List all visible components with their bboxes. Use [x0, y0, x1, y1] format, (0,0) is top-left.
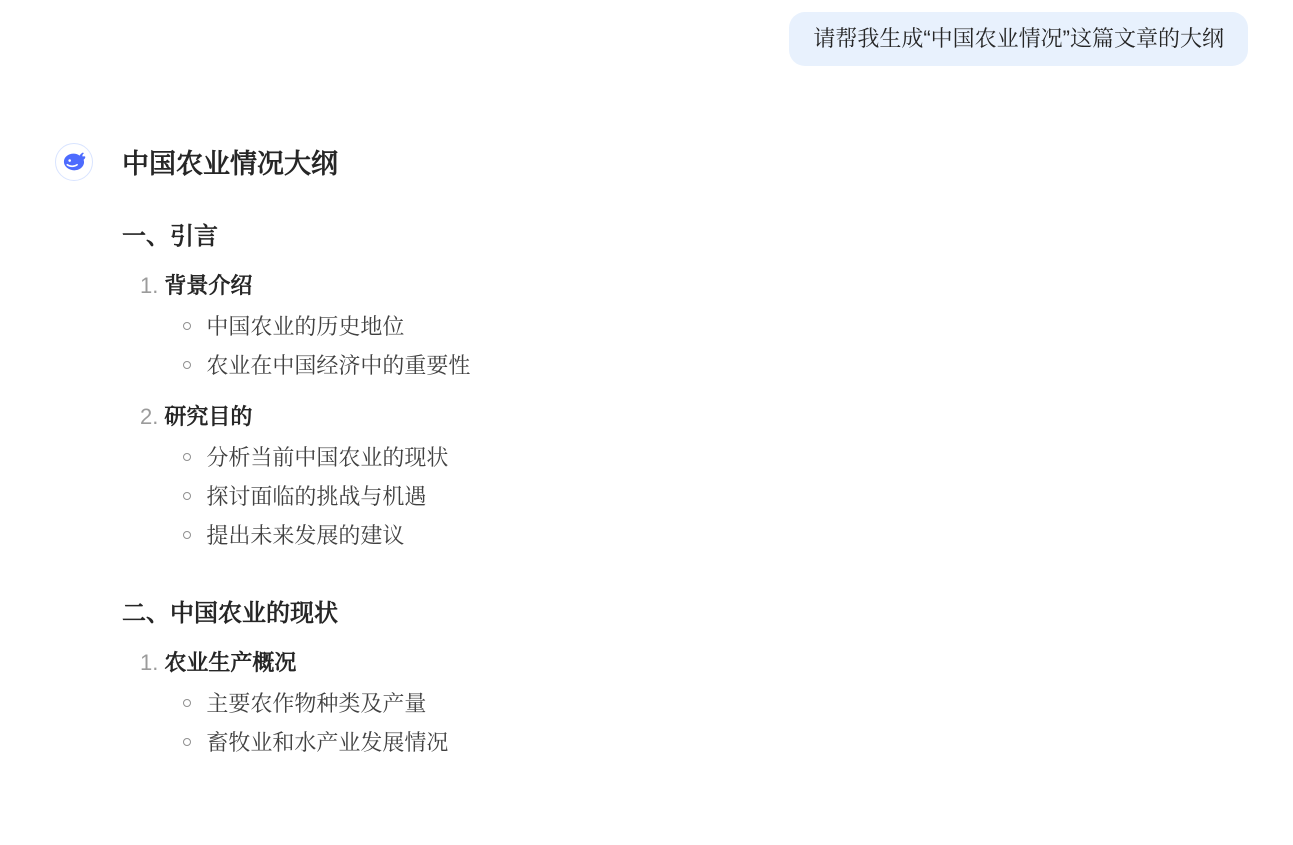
bullet-item: 分析当前中国农业的现状	[164, 442, 1248, 473]
list-item-label: 背景介绍	[164, 270, 1248, 301]
bullet-item: 畜牧业和水产业发展情况	[164, 727, 1248, 758]
circle-bullet-icon	[183, 699, 191, 707]
list-item-label: 农业生产概况	[164, 647, 1248, 678]
list-item: 1. 农业生产概况 主要农作物种类及产量 畜牧业和水产业发展情况	[122, 647, 1248, 766]
assistant-message: 中国农业情况大纲 一、引言 1. 背景介绍 中国农业的历史地位	[55, 143, 1248, 778]
circle-bullet-icon	[183, 453, 191, 461]
bullet-text: 提出未来发展的建议	[206, 523, 404, 548]
user-message-row: 请帮我生成“中国农业情况”这篇文章的大纲	[0, 12, 1293, 66]
deepseek-whale-icon	[62, 150, 86, 174]
bullet-text: 探讨面临的挑战与机遇	[206, 484, 426, 509]
sub-bullet-list: 中国农业的历史地位 农业在中国经济中的重要性	[164, 311, 1248, 381]
section-heading-2: 二、中国农业的现状	[122, 597, 1248, 631]
sub-bullet-list: 分析当前中国农业的现状 探讨面临的挑战与机遇 提出未来发展的建议	[164, 442, 1248, 551]
list-item-number: 1.	[122, 270, 158, 389]
bullet-text: 分析当前中国农业的现状	[206, 445, 448, 470]
list-item: 1. 背景介绍 中国农业的历史地位 农业在中国经济中的重要性	[122, 270, 1248, 389]
bullet-item: 提出未来发展的建议	[164, 520, 1248, 551]
list-item: 2. 研究目的 分析当前中国农业的现状 探讨面临的挑战与机遇	[122, 401, 1248, 559]
bullet-text: 中国农业的历史地位	[206, 314, 404, 339]
assistant-content: 中国农业情况大纲 一、引言 1. 背景介绍 中国农业的历史地位	[122, 143, 1248, 778]
circle-bullet-icon	[183, 531, 191, 539]
user-message-bubble: 请帮我生成“中国农业情况”这篇文章的大纲	[789, 12, 1248, 66]
response-title: 中国农业情况大纲	[122, 146, 1248, 182]
list-item-number: 2.	[122, 401, 158, 559]
outline-markdown: 一、引言 1. 背景介绍 中国农业的历史地位	[122, 220, 1248, 766]
user-message-text: 请帮我生成“中国农业情况”这篇文章的大纲	[813, 26, 1224, 51]
list-item-label: 研究目的	[164, 401, 1248, 432]
section-1-list: 1. 背景介绍 中国农业的历史地位 农业在中国经济中的重要性	[122, 270, 1248, 559]
list-item-number: 1.	[122, 647, 158, 766]
chat-page: 请帮我生成“中国农业情况”这篇文章的大纲 中国农业情况大纲 一、引言 1.	[0, 0, 1293, 845]
circle-bullet-icon	[183, 492, 191, 500]
bullet-text: 农业在中国经济中的重要性	[206, 353, 470, 378]
circle-bullet-icon	[183, 361, 191, 369]
circle-bullet-icon	[183, 738, 191, 746]
section-2-list: 1. 农业生产概况 主要农作物种类及产量 畜牧业和水产业发展情况	[122, 647, 1248, 766]
bullet-item: 农业在中国经济中的重要性	[164, 350, 1248, 381]
bullet-item: 探讨面临的挑战与机遇	[164, 481, 1248, 512]
bullet-item: 主要农作物种类及产量	[164, 688, 1248, 719]
section-heading-1: 一、引言	[122, 220, 1248, 254]
bullet-item: 中国农业的历史地位	[164, 311, 1248, 342]
bullet-text: 主要农作物种类及产量	[206, 691, 426, 716]
circle-bullet-icon	[183, 322, 191, 330]
bullet-text: 畜牧业和水产业发展情况	[206, 730, 448, 755]
sub-bullet-list: 主要农作物种类及产量 畜牧业和水产业发展情况	[164, 688, 1248, 758]
assistant-avatar	[55, 143, 93, 181]
